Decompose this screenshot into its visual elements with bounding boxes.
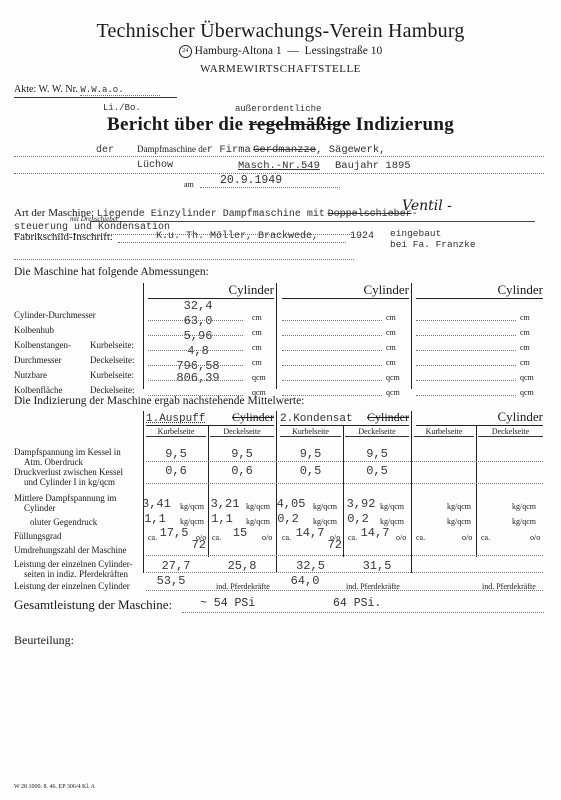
col-divider [411,283,412,389]
file-ref-label: Akte: W. W. Nr. [14,84,78,95]
cell-value: 14,7 [357,526,393,540]
cell-value: 1,1 [209,512,235,526]
sub-divider [343,425,344,557]
address-text: Hamburg-Altona 1 — Lessingstraße 10 [195,45,383,57]
unit: o/o [462,533,472,542]
cell-value: 9,5 [146,447,206,461]
dotted-line [14,259,354,260]
col-divider [143,411,144,573]
firm-suffix: , Sägewerk, [316,144,385,156]
dim-value: 4,8 [148,344,248,358]
row-label-kessel: Dampfspannung im Kessel inAtm. Oberdruck [14,448,139,468]
ind-col-header-3: Cylinder [416,409,543,426]
dim-label-rod: Kolbenstangen- [14,341,71,351]
unit: kg/qcm [380,517,404,526]
initials: Li./Bo. [103,103,141,113]
dotted-line [14,156,544,157]
nameplate-label: Fabrikschild-Inschrift: [14,231,113,243]
unit: cm [252,343,262,352]
cell-value: 64,0 [280,574,330,588]
prefix: ca. [416,533,425,542]
cell-value: 9,5 [210,447,274,461]
cylinder-name: 2.Kondensat [280,413,353,425]
subheader-deckel: Deckelseite [345,427,409,437]
prefix: ca. [212,533,221,542]
unit: kg/qcm [246,502,270,511]
nameplate-note: eingebaut bei Fa. Franzke [390,228,476,250]
dim-label-stroke: Kolbenhub [14,326,54,336]
nameplate-value: K.u. Th. Möller, Brackwede, [118,231,346,243]
nameplate-year: 1924 [350,231,374,242]
col-divider [143,283,144,389]
note-line1: eingebaut [390,228,476,239]
cell-value: 0,6 [210,464,274,478]
unit: qcm [386,373,400,382]
unit: cm [252,313,262,322]
rpm-value: 72 [146,538,206,552]
unit: cm [520,343,530,352]
unit: qcm [252,373,266,382]
cell-value: 9,5 [280,447,341,461]
note-line2: bei Fa. Franzke [390,239,476,250]
unit: cm [520,358,530,367]
unit: cm [520,328,530,337]
dim-value: 5,96 [148,329,248,343]
unit: kg/qcm [380,502,404,511]
machine-type-struck: Doppelschieber [328,209,412,220]
row-label-druckverlust: Druckverlust zwischen Kesselund Cylinder… [14,468,139,488]
row-label-leistung-cyl: Leistung der einzelnen Cylinder [14,582,130,592]
row-label-fuellung: Füllungsgrad [14,532,62,542]
cell-value: 27,7 [146,559,206,573]
struck-word: regelmäßige [248,114,350,135]
dim-side-kurbel: Kurbelseite: [90,371,134,381]
unit: o/o [262,533,272,542]
cell-value: 1,1 [142,512,168,526]
file-reference: Akte: W. W. Nr. W.W.a.o. [14,84,177,98]
machine-label: Dampfmaschine de [137,144,207,154]
dimensions-heading: Die Maschine hat folgende Abmessungen: [14,266,209,278]
unit: qcm [386,388,400,397]
sub-divider [476,425,477,557]
firm-line: Dampfmaschine der Firma Gerdmanzze, Säge… [137,144,385,156]
cell-value: 4,05 [275,497,307,511]
hyphen: - [412,209,418,220]
total-label: Gesamtleistung der Maschine: [14,597,172,613]
machine-type-value: Liegende Einzylinder Dampfmaschine mit [97,209,325,220]
unit: kg/qcm [512,517,536,526]
cell-value: 3,41 [142,497,168,511]
machine-number: Masch.-Nr.549 [238,160,320,172]
dim-side-kurbel: Kurbelseite: [90,341,134,351]
cell-value: 0,5 [345,464,409,478]
dim-col-header-3: Cylinder [416,282,543,299]
department-name: WARMEWIRTSCHAFTSTELLE [0,63,561,75]
address-line: 24 Hamburg-Altona 1 — Lessingstraße 10 [0,45,561,58]
unit: kg/qcm [447,502,471,511]
am-label: am [184,180,194,189]
subheader-kurbel: Kurbelseite [146,427,206,437]
unit: o/o [396,533,406,542]
total-value-2: 64 PSi. [333,597,381,610]
form-code: W 28 1000. 8. 46. EP 306/4 Kl. A [14,784,95,790]
cell-value: 15 [222,526,258,540]
cylinder-name: 1.Auspuff [146,413,205,425]
cell-value: 0,6 [146,464,206,478]
dim-label-usable: Nutzbare [14,371,47,381]
row-label-gegendruck: oluter Gegendruck [30,518,97,528]
unit: kg/qcm [180,502,204,511]
unit: cm [386,343,396,352]
cylinder-word: Cylinder [367,410,409,425]
firm-prefix: r Firma [207,144,251,156]
build-year: Baujahr 1895 [335,160,411,172]
row-label-mittlere: Mittlere Dampfspannung imCylinder [14,494,139,514]
unit: kg/qcm [447,517,471,526]
dim-col-header-2: Cylinder [282,282,409,299]
unit: kg/qcm [313,502,337,511]
cylinder-word: Cylinder [232,410,274,425]
unit: cm [386,358,396,367]
indication-heading: Die Indizierung der Maschine ergab nachs… [14,395,304,407]
rpm-value: 72 [280,538,342,552]
subheader-deckel: Deckelseite [478,427,543,437]
file-ref-value: W.W.a.o. [80,85,160,96]
cell-value: 9,5 [345,447,409,461]
firm-struck: Gerdmanzze [253,144,316,156]
row-label-umdrehung: Umdrehungszahl der Maschine [14,546,126,556]
dim-value: 806,39 [148,371,248,385]
unit: qcm [520,373,534,382]
ind-col-header-2: 2.Kondensat Cylinder [280,410,409,426]
ind-col-header-1: 1.Auspuff Cylinder [146,410,274,426]
dim-value: 32,4 [148,299,248,313]
postal-district-badge: 24 [179,45,192,58]
cell-value: 32,5 [280,559,341,573]
unit: kg/qcm [313,517,337,526]
unit: qcm [520,388,534,397]
unit: o/o [530,533,540,542]
cell-value: 3,92 [345,497,377,511]
location: Lüchow [137,160,173,171]
subheader-kurbel: Kurbelseite [414,427,474,437]
unit: cm [252,328,262,337]
cell-value: 0,2 [345,512,371,526]
unit: kg/qcm [512,502,536,511]
cell-value: 53,5 [146,574,196,588]
unit: cm [386,313,396,322]
der-label: der [96,145,114,156]
cell-value: 0,2 [275,512,301,526]
subheader-deckel: Deckelseite [210,427,274,437]
dim-label-diameter: Cylinder-Durchmesser [14,311,96,321]
subheader-kurbel: Kurbelseite [280,427,341,437]
unit: cm [252,358,262,367]
row-label-leistung-seiten: Leistung der einzelnen Cylinder-seiten i… [14,560,139,580]
cell-value: 3,21 [209,497,241,511]
unit: cm [386,328,396,337]
organization-name: Technischer Überwachungs-Verein Hamburg [0,20,561,43]
sub-divider [208,425,209,557]
title-suffix: Indizierung [356,114,454,135]
total-value-1: ~ 54 PSi [200,597,255,610]
assessment-label: Beurteilung: [14,633,74,648]
dim-col-header-1: Cylinder [148,282,274,299]
cell-value: 25,8 [210,559,274,573]
prefix: ca. [481,533,490,542]
col-divider [411,411,412,573]
dim-side-deckel: Deckelseite: [90,356,134,366]
inserted-word: außerordentliche [235,104,321,114]
cell-value: 31,5 [345,559,409,573]
report-date: 20.9.1949 [200,174,340,188]
report-title: Bericht über die regelmäßige Indizierung [0,114,561,136]
col-divider [276,411,277,573]
cell-value: 0,5 [280,464,341,478]
unit: kg/qcm [246,517,270,526]
dim-value: 63,0 [148,314,248,328]
dim-label-rod-diameter: Durchmesser [14,356,61,366]
prefix: ca. [348,533,357,542]
unit: cm [520,313,530,322]
title-prefix: Bericht über die [107,114,243,135]
unit: kg/qcm [180,517,204,526]
col-divider [276,283,277,389]
